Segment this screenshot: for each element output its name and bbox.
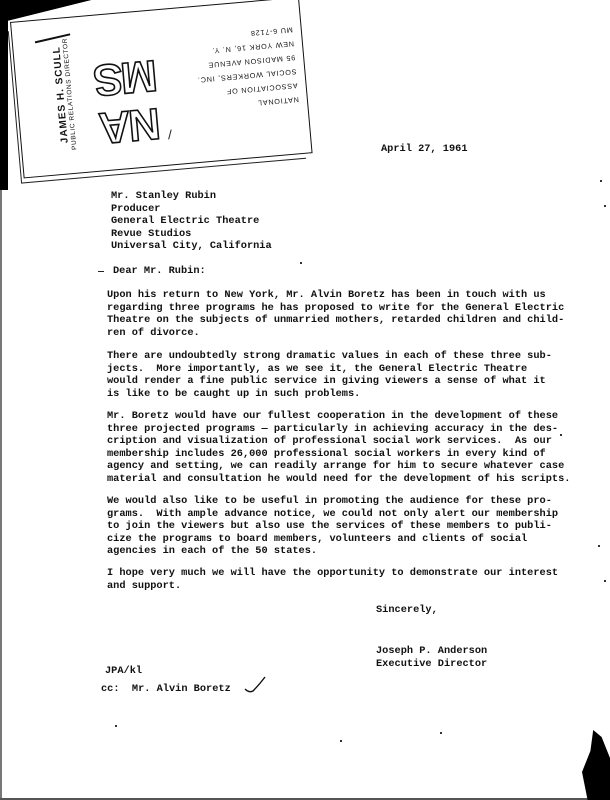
scan-shadow-edge [0,20,8,190]
body-paragraph: Upon his return to New York, Mr. Alvin B… [107,289,564,339]
body-paragraph: Mr. Boretz would have our fullest cooper… [107,410,570,485]
stray-mark [98,271,104,272]
card-pen-mark [168,130,172,140]
cc-line: cc: Mr. Alvin Boretz [101,683,231,696]
letter-date: April 27, 1961 [381,143,468,156]
scan-speck [604,205,606,207]
scan-speck [440,732,442,734]
recipient-line: Producer [111,203,160,215]
scan-border-left [0,190,2,800]
nasw-logo: NA MS [89,36,166,152]
nasw-logo-bottom: MS [90,50,162,104]
signer-name: Joseph P. Anderson [376,645,487,657]
scan-speck [300,262,302,264]
body-paragraph: There are undoubtedly strong dramatic va… [107,350,552,400]
recipient-line: Universal City, California [111,240,272,252]
signer-title: Executive Director [376,658,487,670]
recipient-line: Revue Studios [111,228,191,240]
scan-speck [115,725,117,727]
card-organization-address: NATIONAL ASSOCIATION OF SOCIAL WORKERS, … [163,22,300,117]
scanned-letter-page: JAMES H. SCULL PUBLIC RELATIONS DIRECTOR… [0,0,610,800]
signature-block: Joseph P. Anderson Executive Director [376,645,487,670]
scan-ink-blot [582,730,610,800]
reference-initials: JPA/kl [105,665,142,678]
body-paragraph: We would also like to be useful in promo… [107,495,558,558]
scan-speck [340,740,342,742]
recipient-line: Mr. Stanley Rubin [111,190,216,202]
salutation: Dear Mr. Rubin: [113,265,206,278]
business-card: JAMES H. SCULL PUBLIC RELATIONS DIRECTOR… [10,0,313,178]
card-contact-block: JAMES H. SCULL PUBLIC RELATIONS DIRECTOR [51,38,79,151]
scan-speck [560,434,562,436]
checkmark-icon [243,675,269,695]
nasw-logo-top: NA [94,98,166,152]
recipient-line: General Electric Theatre [111,215,259,227]
closing: Sincerely, [376,604,438,617]
body-paragraph: I hope very much we will have the opport… [107,567,558,592]
scan-speck [598,545,600,547]
scan-speck [600,180,602,182]
scan-speck [604,580,606,582]
recipient-address: Mr. Stanley Rubin Producer General Elect… [111,190,272,253]
